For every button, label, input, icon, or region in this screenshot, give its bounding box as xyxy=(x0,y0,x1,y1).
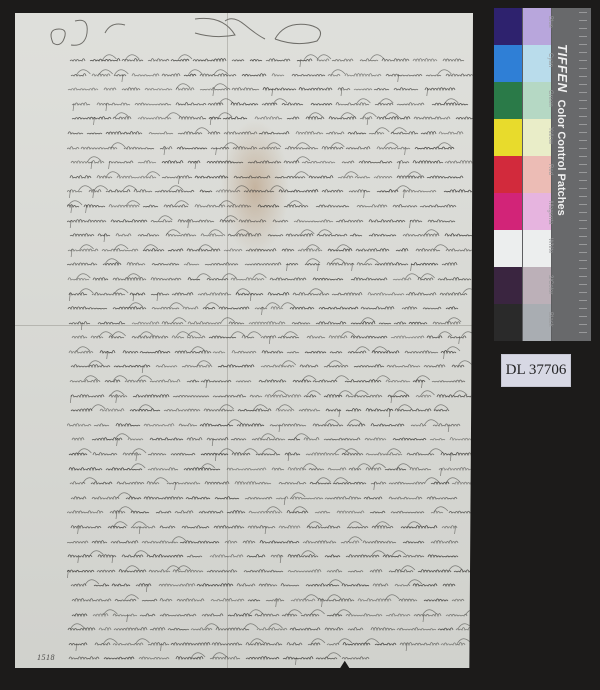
archive-reference-label: DL 37706 xyxy=(501,354,571,387)
script-line xyxy=(67,387,467,402)
script-line xyxy=(67,299,467,314)
patch-label: Magenta xyxy=(547,201,553,224)
script-line xyxy=(67,547,467,562)
script-line xyxy=(67,606,467,621)
patch-red-saturated xyxy=(494,156,522,193)
script-line xyxy=(67,635,467,650)
handwritten-text-block xyxy=(67,51,467,664)
parchment-document: 1518 xyxy=(15,13,473,668)
script-line xyxy=(67,328,467,343)
patch-yellow-saturated xyxy=(494,119,522,156)
script-line xyxy=(67,533,467,548)
script-line xyxy=(67,270,467,285)
script-line xyxy=(67,66,467,81)
script-line xyxy=(67,591,467,606)
script-line xyxy=(67,285,467,300)
script-line xyxy=(67,212,467,227)
script-line xyxy=(67,401,467,416)
patch-label: Red xyxy=(547,164,553,175)
script-line xyxy=(67,226,467,241)
script-line xyxy=(67,503,467,518)
script-line xyxy=(67,649,467,664)
script-line xyxy=(67,474,467,489)
script-line xyxy=(67,518,467,533)
patch-cyan-saturated xyxy=(494,45,522,82)
color-control-chart xyxy=(494,8,591,341)
script-line xyxy=(67,139,467,154)
patch-label: Yellow xyxy=(547,127,553,144)
script-line xyxy=(67,255,467,270)
chart-title: TIFFEN Color Control Patches xyxy=(555,44,570,216)
script-line xyxy=(67,460,467,475)
shelfmark-note: 1518 xyxy=(37,653,55,662)
script-line xyxy=(67,620,467,635)
script-line xyxy=(67,95,467,110)
patch-magenta-saturated xyxy=(494,193,522,230)
script-line xyxy=(67,51,467,66)
patch-green-saturated xyxy=(494,82,522,119)
reference-number: DL 37706 xyxy=(506,362,567,379)
script-line xyxy=(67,241,467,256)
script-line xyxy=(67,576,467,591)
script-line xyxy=(67,445,467,460)
patch-label: Cyan xyxy=(547,53,553,67)
script-line xyxy=(67,343,467,358)
script-line xyxy=(67,168,467,183)
script-line xyxy=(67,153,467,168)
patch-label: 3/Color xyxy=(547,275,553,294)
patch-blue-saturated xyxy=(494,8,522,45)
patch-white-saturated xyxy=(494,230,522,267)
patch-label: White xyxy=(547,238,553,253)
patch-3color-saturated xyxy=(494,267,522,304)
ruler-scale xyxy=(579,12,587,337)
script-line xyxy=(67,182,467,197)
script-line xyxy=(67,489,467,504)
script-line xyxy=(67,80,467,95)
patch-label: Green xyxy=(547,90,553,107)
patch-label: Blue xyxy=(547,16,553,28)
scan-stage: 1518 TIFFEN Color Control Patches BlueCy… xyxy=(0,0,600,690)
chart-brand: TIFFEN xyxy=(555,44,570,93)
script-line xyxy=(67,197,467,212)
patch-column-saturated xyxy=(494,8,522,341)
script-line xyxy=(67,430,467,445)
script-line xyxy=(67,109,467,124)
chart-title-text: Color Control Patches xyxy=(555,100,567,216)
script-line xyxy=(67,314,467,329)
script-line xyxy=(67,416,467,431)
script-line xyxy=(67,562,467,577)
patch-label: Black xyxy=(547,312,553,327)
script-line xyxy=(67,124,467,139)
script-line xyxy=(67,357,467,372)
invocation-flourish xyxy=(45,13,345,53)
patch-black-saturated xyxy=(494,304,522,341)
script-line xyxy=(67,372,467,387)
